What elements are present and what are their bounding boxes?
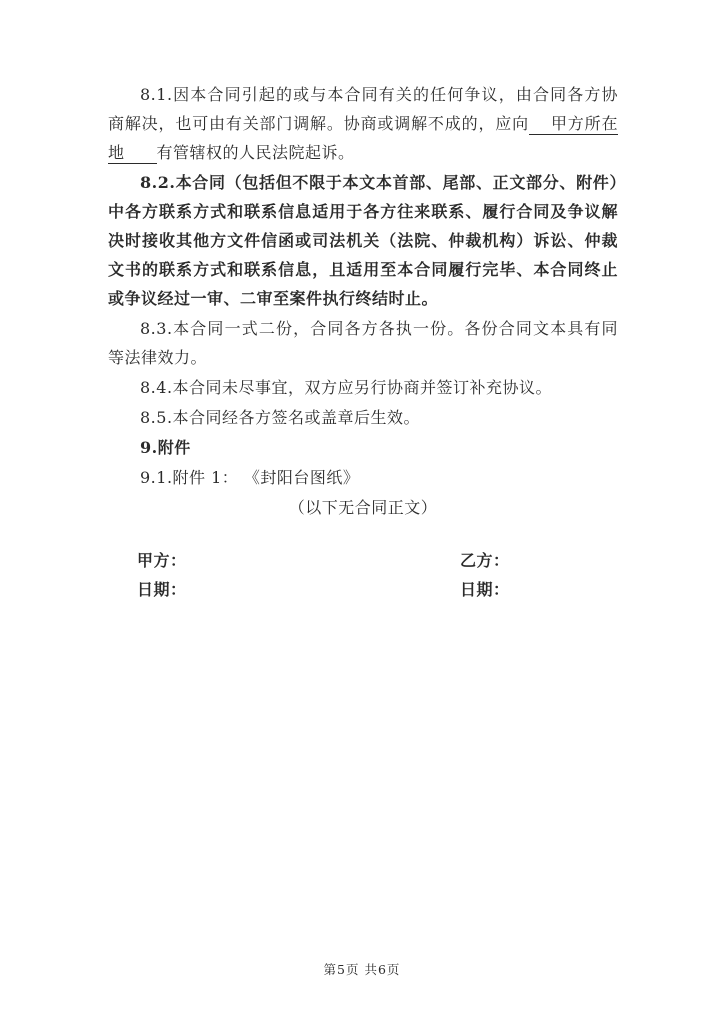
contract-body: 8.1.因本合同引起的或与本合同有关的任何争议，由合同各方协商解决，也可由有关部…	[108, 80, 618, 604]
signature-block: 甲方： 日期： 乙方： 日期：	[108, 546, 618, 604]
clause-8-1-text-post: 有管辖权的人民法院起诉。	[157, 143, 355, 162]
end-of-contract-note: （以下无合同正文）	[108, 493, 618, 522]
party-a-signature-column: 甲方： 日期：	[108, 546, 460, 604]
party-a-label: 甲方：	[108, 546, 460, 575]
party-b-label: 乙方：	[460, 546, 618, 575]
party-b-date-label: 日期：	[460, 575, 618, 604]
section-9-heading: 9.附件	[108, 433, 618, 462]
clause-8-5: 8.5.本合同经各方签名或盖章后生效。	[108, 403, 618, 432]
clause-8-2: 8.2.本合同（包括但不限于本文本首部、尾部、正文部分、附件）中各方联系方式和联…	[108, 168, 618, 313]
clause-9-1: 9.1.附件 1： 《封阳台图纸》	[108, 463, 618, 492]
page-number: 第5页 共6页	[0, 960, 724, 978]
clause-8-4: 8.4.本合同未尽事宜，双方应另行协商并签订补充协议。	[108, 373, 618, 402]
contract-page: 8.1.因本合同引起的或与本合同有关的任何争议，由合同各方协商解决，也可由有关部…	[0, 0, 724, 1024]
party-a-date-label: 日期：	[108, 575, 460, 604]
party-b-signature-column: 乙方： 日期：	[460, 546, 618, 604]
clause-8-1: 8.1.因本合同引起的或与本合同有关的任何争议，由合同各方协商解决，也可由有关部…	[108, 80, 618, 167]
clause-8-3: 8.3.本合同一式二份，合同各方各执一份。各份合同文本具有同等法律效力。	[108, 314, 618, 372]
